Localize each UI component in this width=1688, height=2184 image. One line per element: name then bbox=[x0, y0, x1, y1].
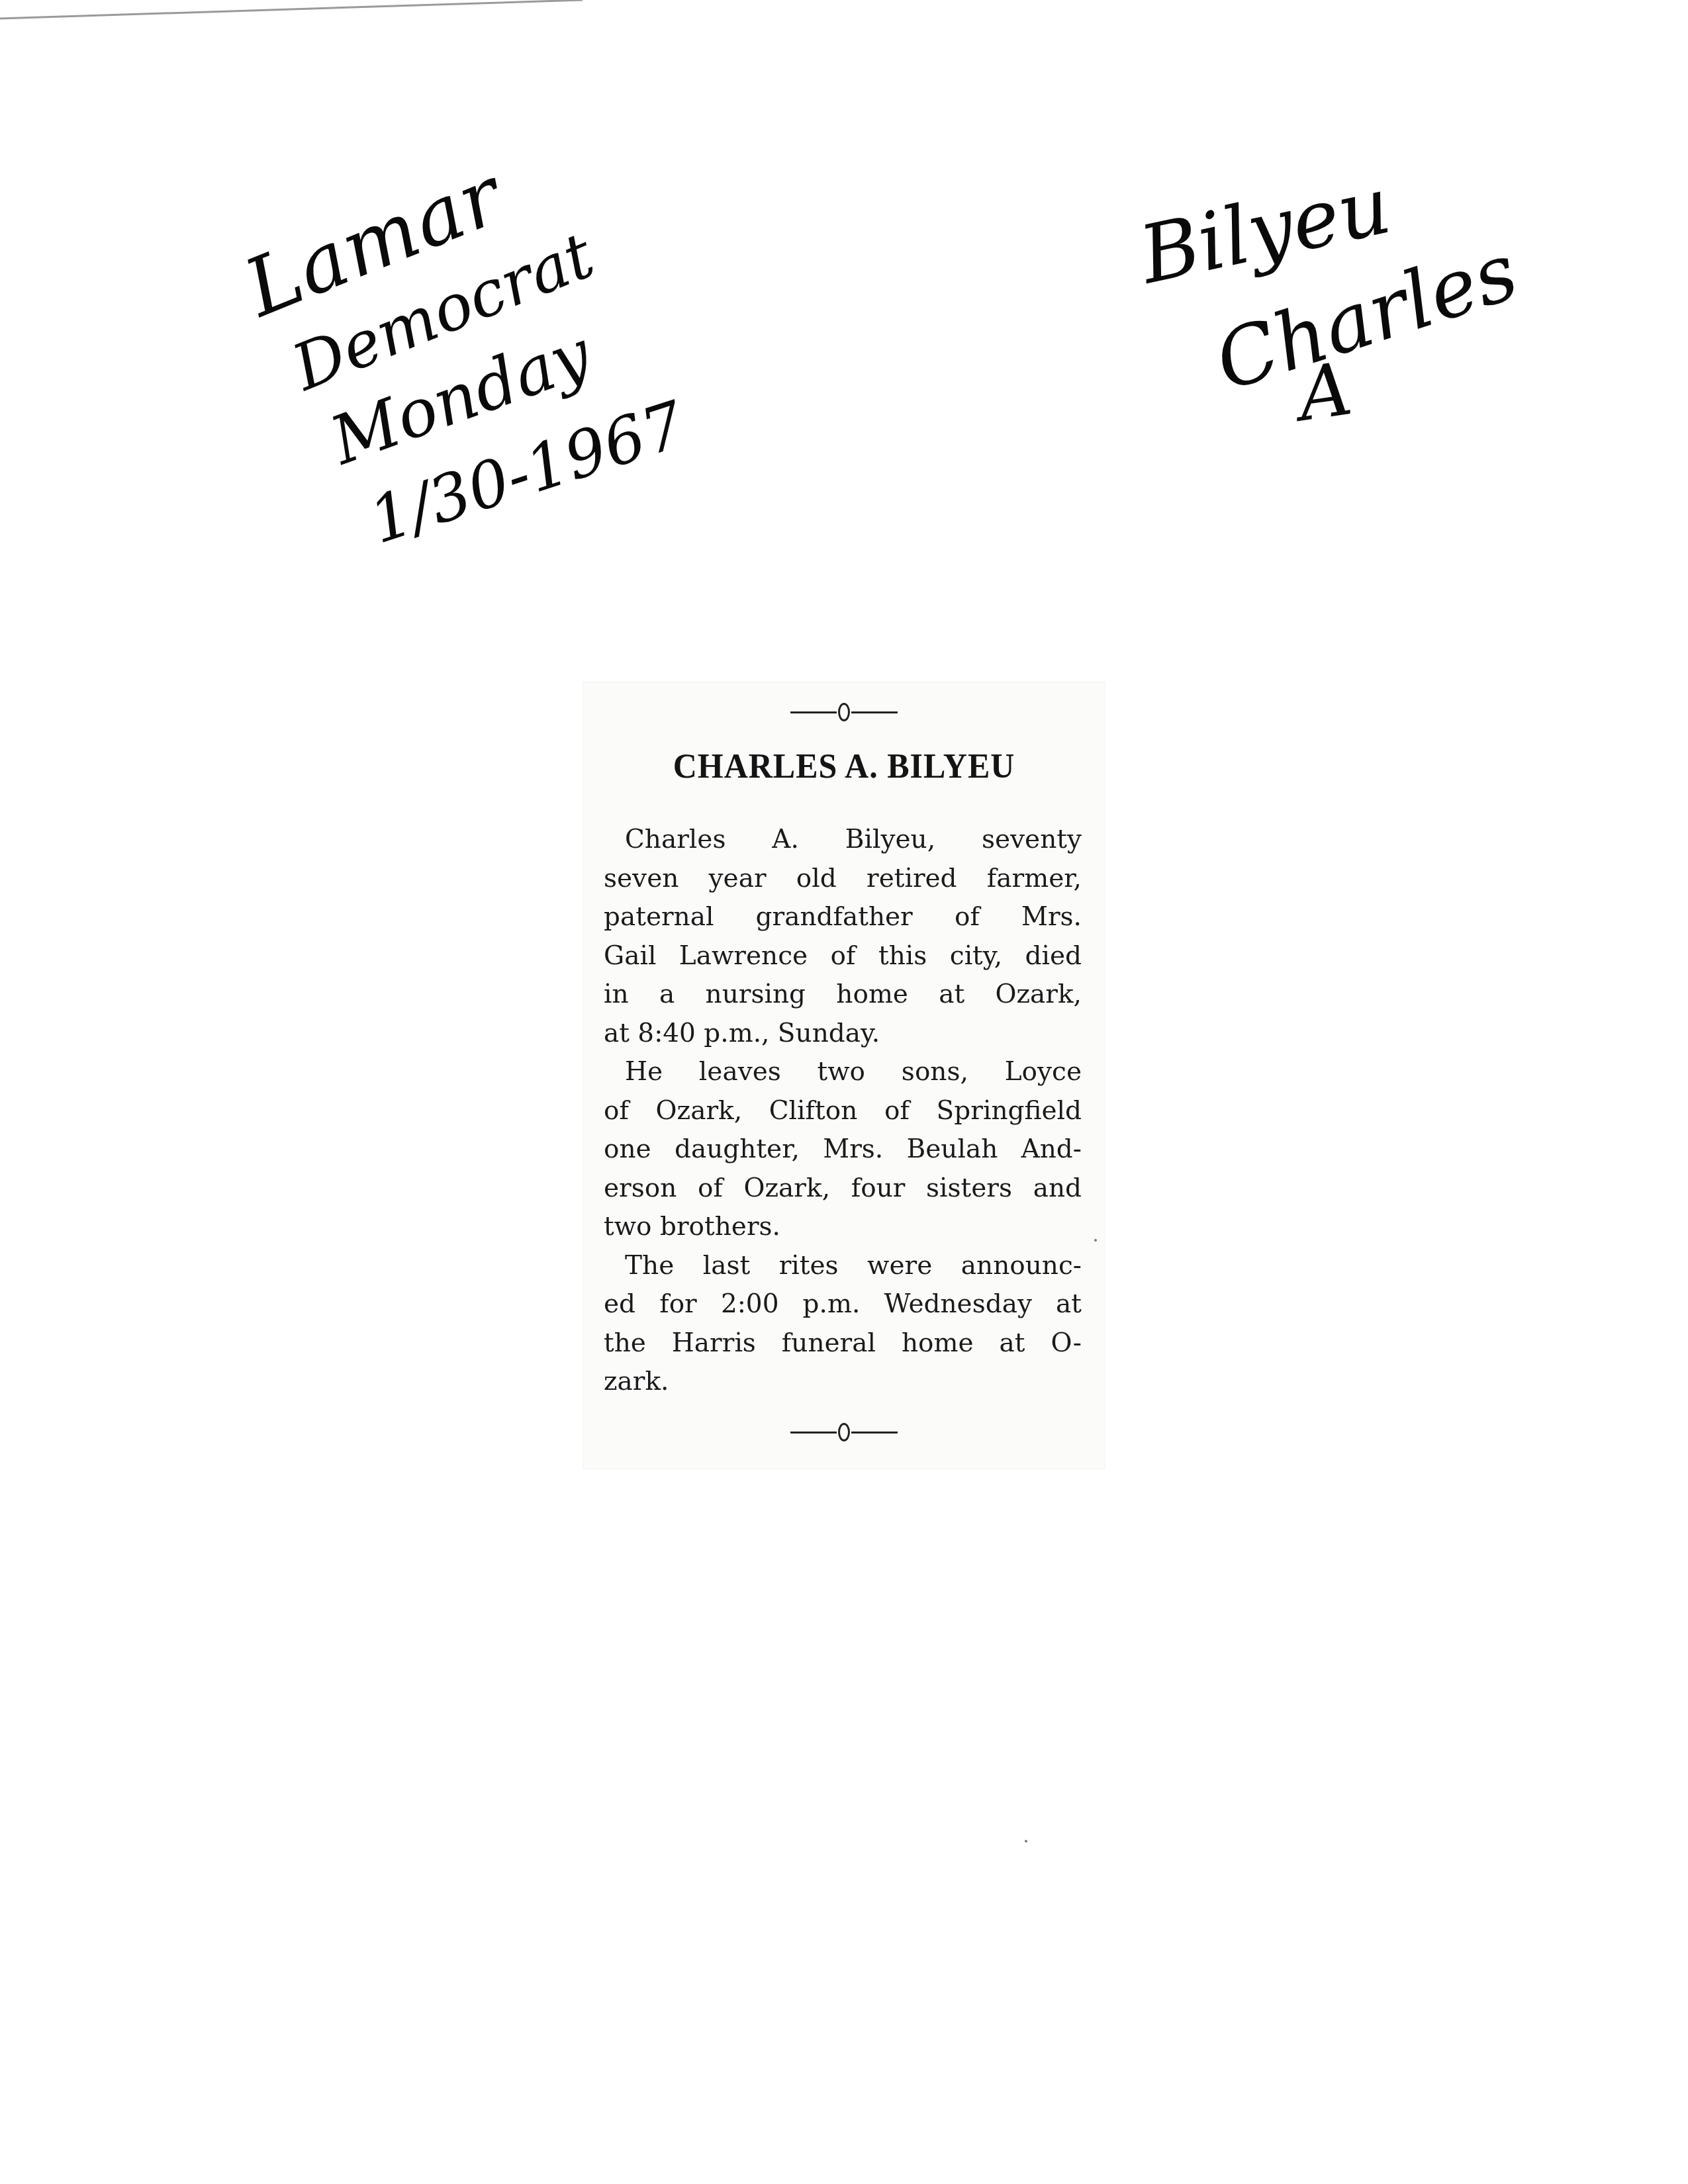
scan-edge-line bbox=[0, 0, 596, 26]
obituary-line: He leaves two sons, Loyce bbox=[604, 1053, 1082, 1092]
obituary-line: at 8:40 p.m., Sunday. bbox=[604, 1015, 1082, 1054]
obituary-line: seven year old retired farmer, bbox=[604, 860, 1082, 899]
obituary-body: Charles A. Bilyeu, seventyseven year old… bbox=[604, 821, 1082, 1402]
obituary-paragraph: Charles A. Bilyeu, seventyseven year old… bbox=[604, 821, 1082, 1053]
obituary-line: zark. bbox=[604, 1363, 1082, 1402]
obituary-line: paternal grandfather of Mrs. bbox=[604, 898, 1082, 937]
handwritten-source-note: Lamar Democrat Monday 1/30-1967 bbox=[238, 185, 564, 458]
obituary-line: one daughter, Mrs. Beulah And- bbox=[604, 1130, 1082, 1169]
obituary-headline: CHARLES A. BILYEU bbox=[583, 746, 1105, 786]
obituary-line: Gail Lawrence of this city, died bbox=[604, 937, 1082, 976]
scan-speck bbox=[1025, 1840, 1027, 1843]
separator-rule-bottom bbox=[790, 1423, 898, 1441]
scan-speck bbox=[1094, 1239, 1097, 1242]
separator-o-icon bbox=[838, 703, 850, 721]
obituary-line: in a nursing home at Ozark, bbox=[604, 976, 1082, 1015]
obituary-paragraph: He leaves two sons, Loyceof Ozark, Clift… bbox=[604, 1053, 1082, 1247]
obituary-line: two brothers. bbox=[604, 1208, 1082, 1247]
obituary-line: Charles A. Bilyeu, seventy bbox=[604, 821, 1082, 860]
obituary-line: The last rites were announc- bbox=[604, 1247, 1082, 1286]
newspaper-clipping: CHARLES A. BILYEU Charles A. Bilyeu, sev… bbox=[583, 682, 1105, 1469]
separator-rule-top bbox=[790, 703, 898, 721]
obituary-line: the Harris funeral home at O- bbox=[604, 1324, 1082, 1363]
obituary-line: erson of Ozark, four sisters and bbox=[604, 1169, 1082, 1208]
obituary-line: ed for 2:00 p.m. Wednesday at bbox=[604, 1285, 1082, 1324]
obituary-paragraph: The last rites were announc-ed for 2:00 … bbox=[604, 1247, 1082, 1402]
separator-o-icon bbox=[838, 1423, 850, 1441]
handwritten-name-note: Bilyeu Charles A bbox=[1139, 185, 1449, 417]
obituary-line: of Ozark, Clifton of Springfield bbox=[604, 1092, 1082, 1131]
